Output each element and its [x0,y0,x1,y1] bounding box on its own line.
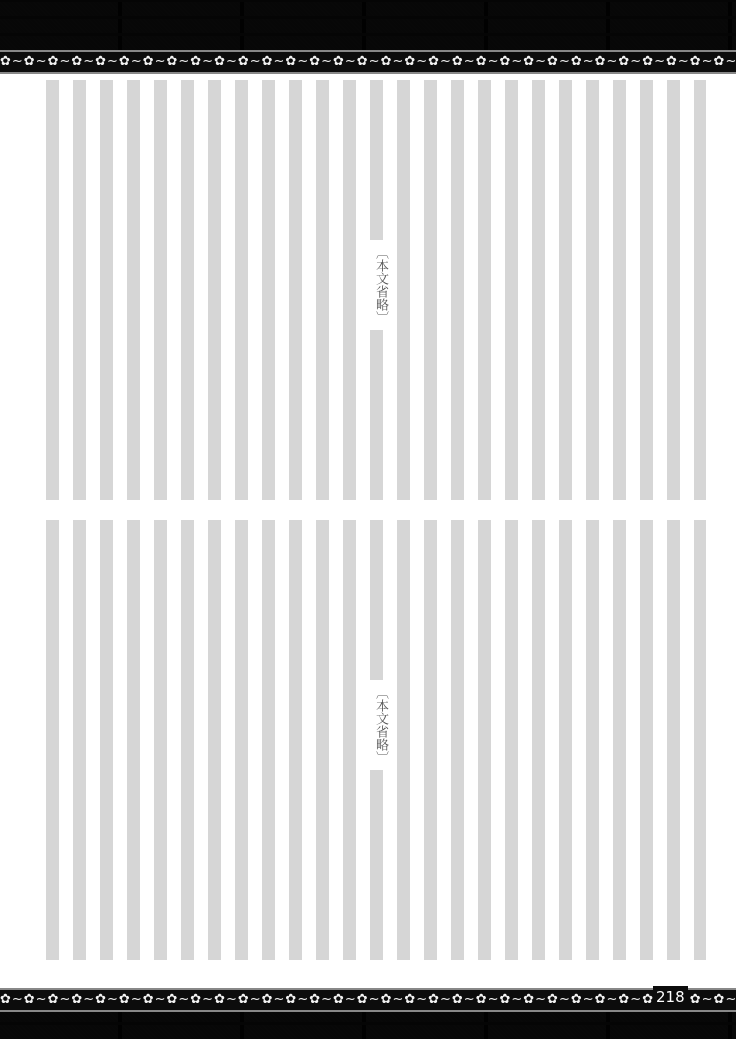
page-number: 218 [653,986,688,1008]
ornament-band-top: ✿~✿~✿~✿~✿~✿~✿~✿~✿~✿~✿~✿~✿~✿~✿~✿~✿~✿~✿~✿~… [0,50,736,74]
ornament-band-bottom: ✿~✿~✿~✿~✿~✿~✿~✿~✿~✿~✿~✿~✿~✿~✿~✿~✿~✿~✿~✿~… [0,988,736,1012]
brick-wall-header [0,0,736,50]
brick-wall-footer [0,1012,736,1039]
body-text-block-bottom: 〔本文省略〕 [46,520,706,960]
body-text-block-top: 〔本文省略〕 [46,80,706,500]
redacted-text-note: 〔本文省略〕 [365,680,396,770]
redacted-text-note: 〔本文省略〕 [365,240,396,330]
